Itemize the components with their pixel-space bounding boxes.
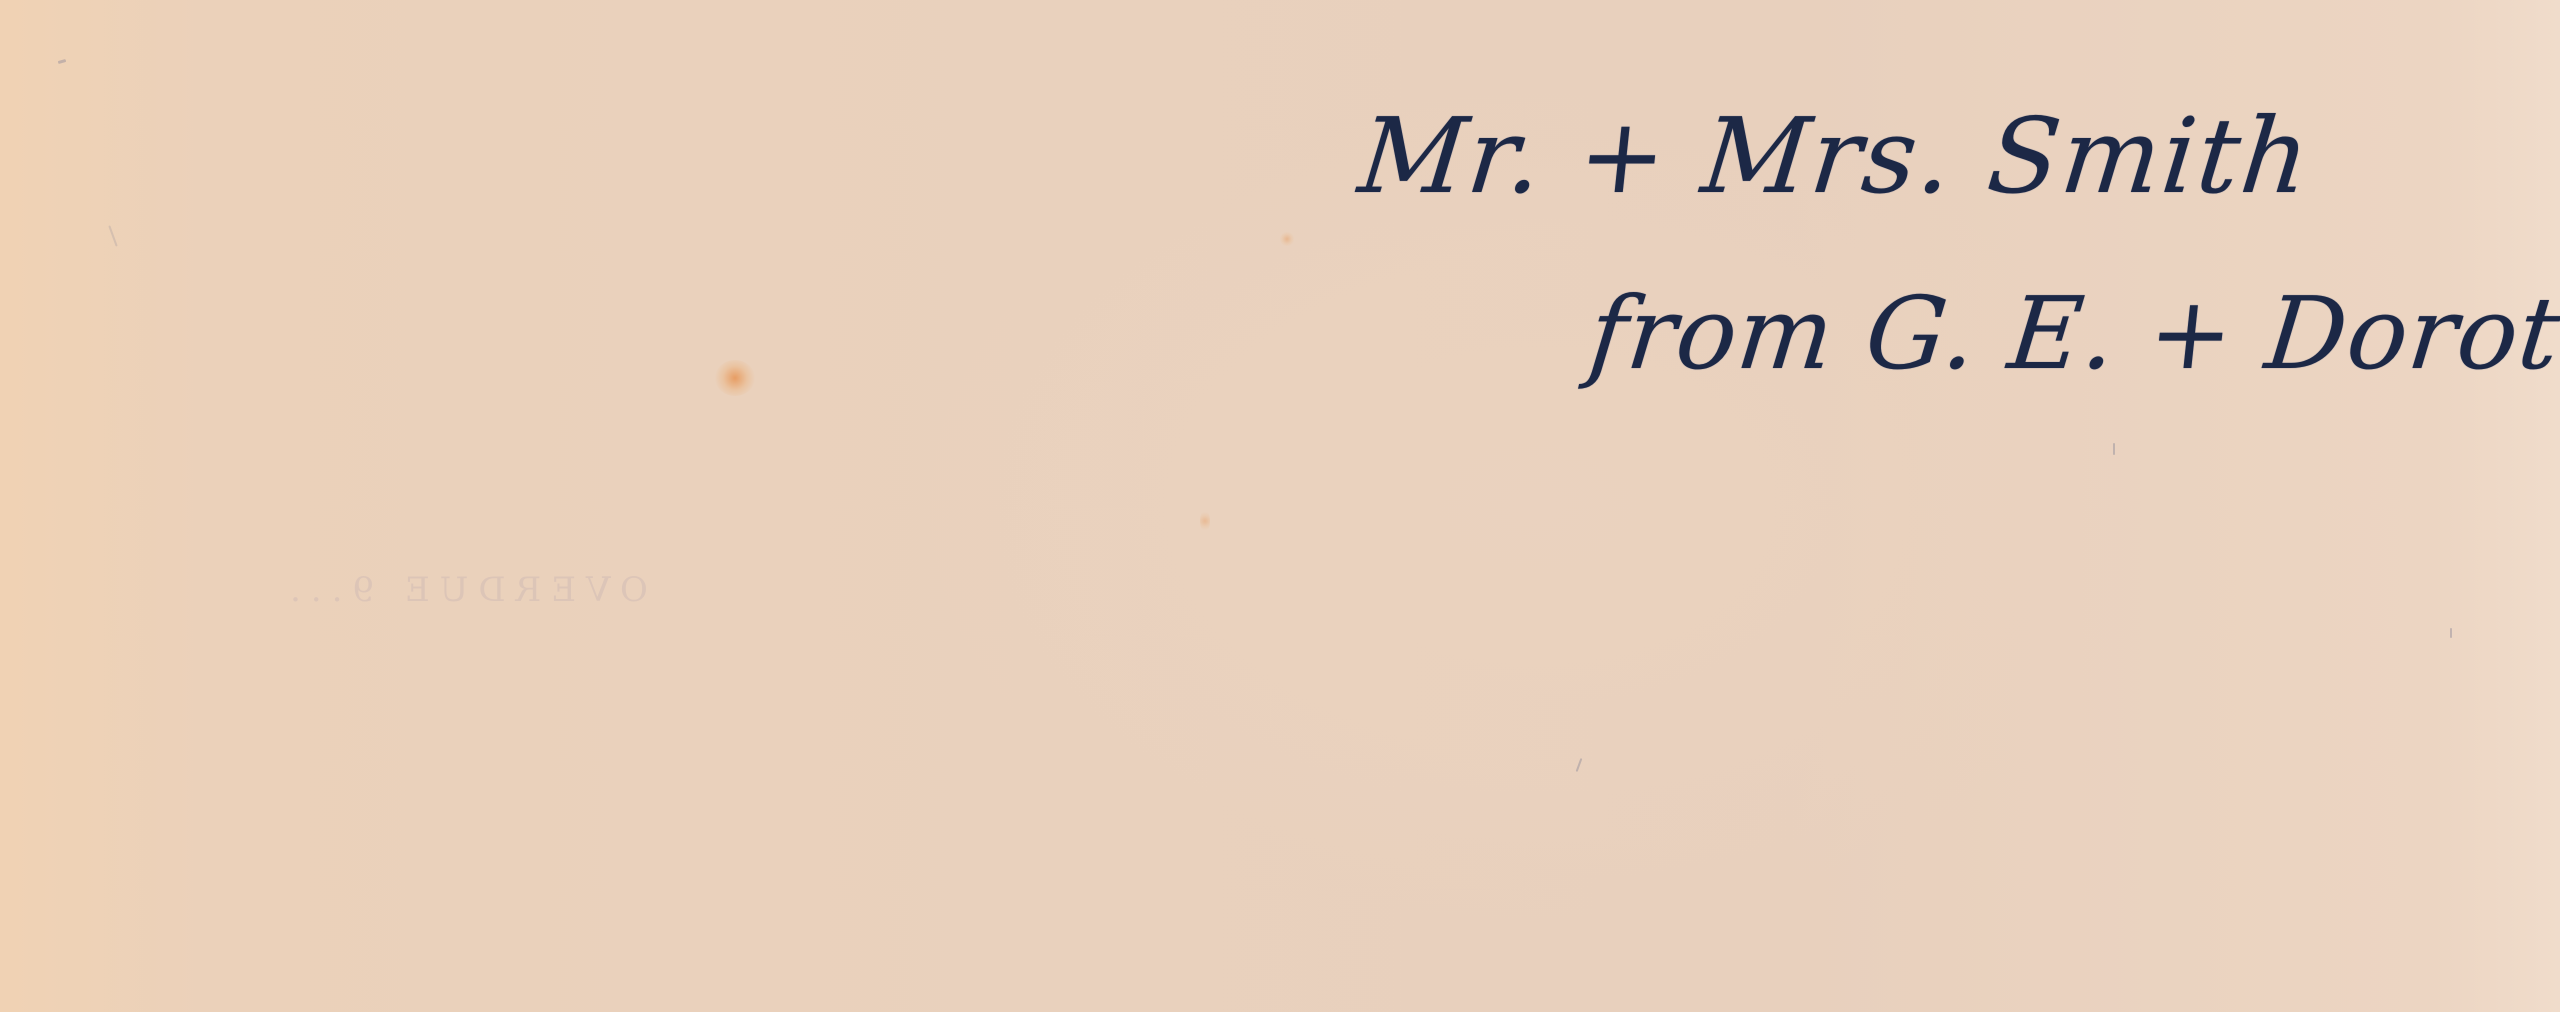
inscription-sender-line: from G. E. + Dorothy Moore [1584,275,2560,392]
paper-fiber [58,59,67,64]
foxing-stain-small [1280,232,1294,246]
inscription-recipient-line: Mr. + Mrs. Smith [1354,95,2318,217]
foxing-stain [715,360,755,396]
aged-paper-page: OVERDUE 9... Mr. + Mrs. Smith from G. E.… [0,0,2560,1012]
foxing-stain-small [1200,510,1210,532]
bleed-through-stamp-text: OVERDUE 9... [280,570,648,610]
paper-fiber [2113,443,2115,455]
paper-fiber [2450,628,2452,638]
paper-fiber [108,225,117,246]
paper-fiber [1576,758,1583,772]
